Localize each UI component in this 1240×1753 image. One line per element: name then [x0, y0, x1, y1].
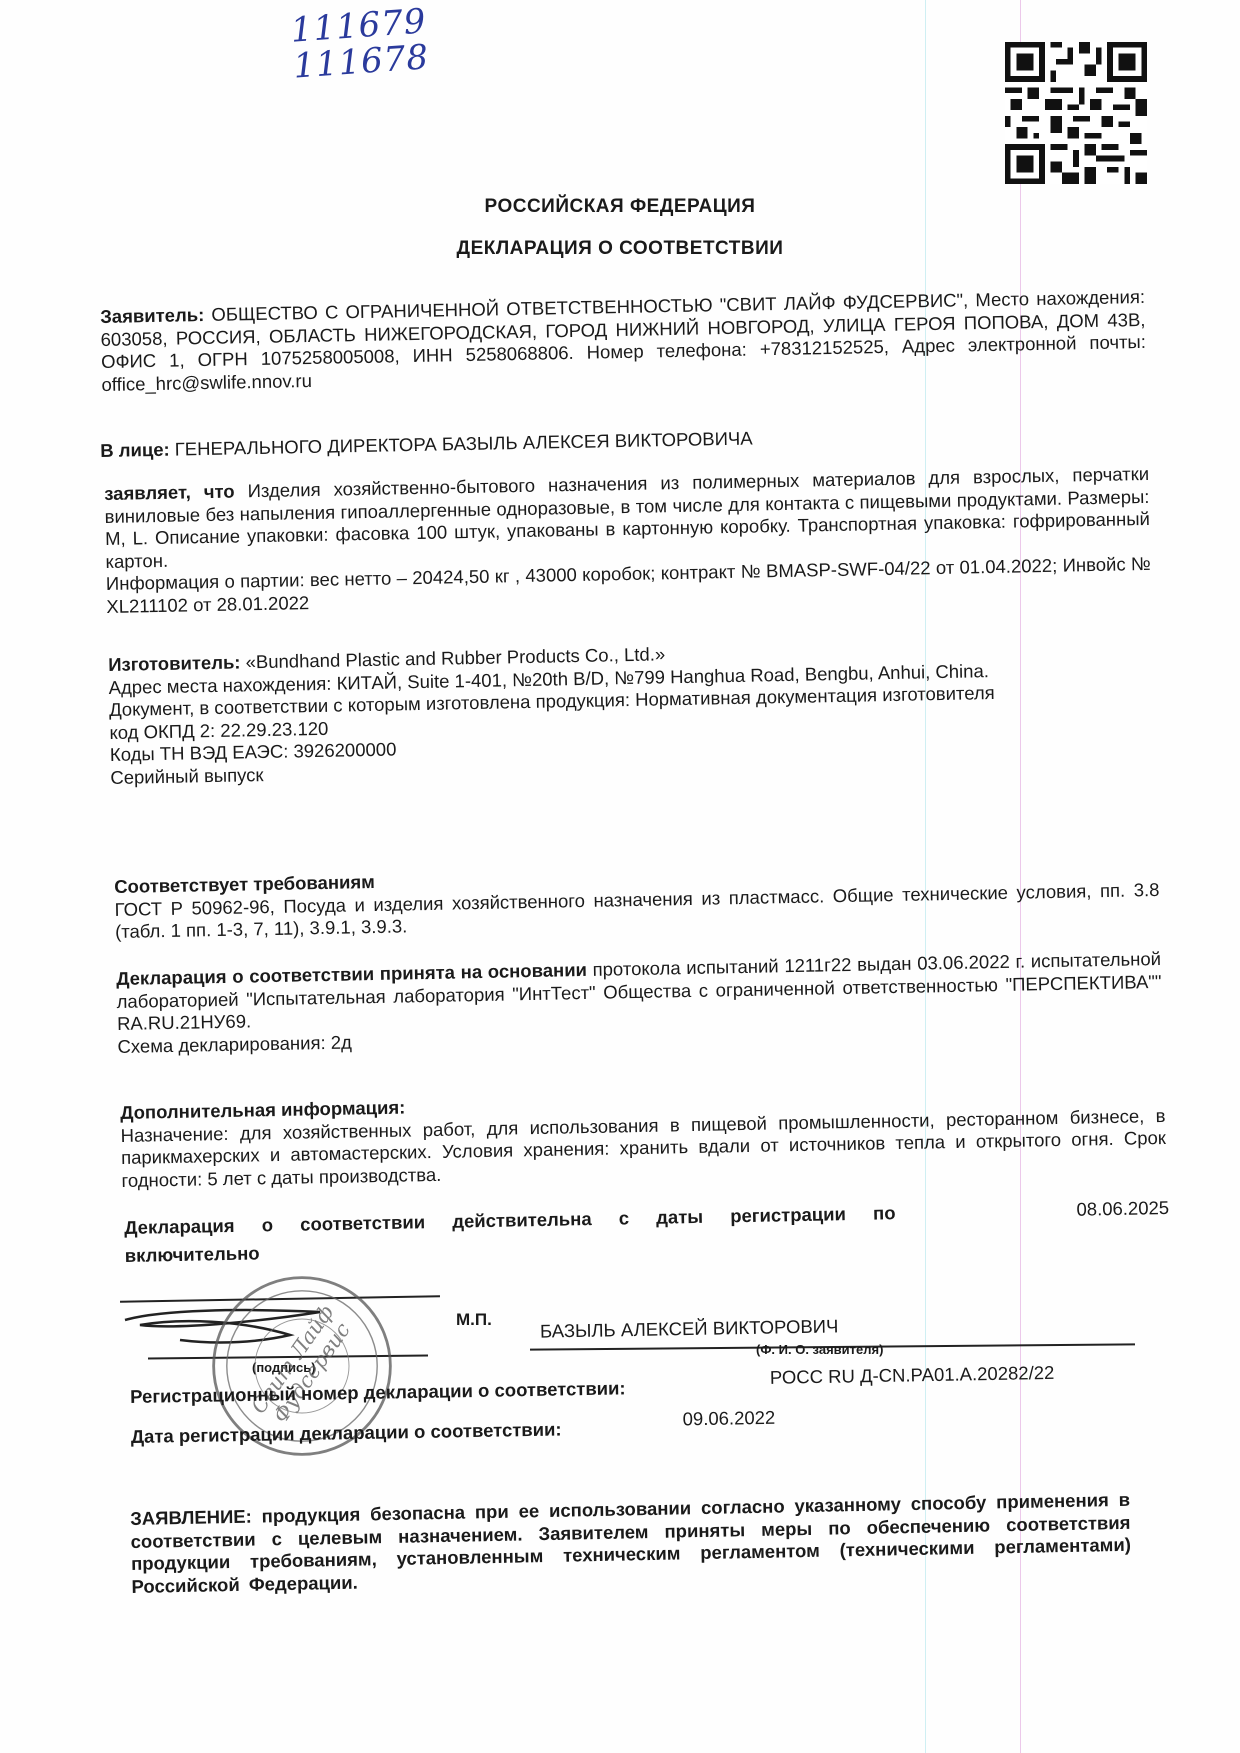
document-title: ДЕКЛАРАЦИЯ О СООТВЕТСТВИИ: [0, 238, 1240, 260]
validity-section: Декларация о соответствии действительна …: [124, 1194, 1170, 1270]
requirements-section: Соответствует требованиям ГОСТ Р 50962-9…: [114, 856, 1160, 944]
batch-info: Информация о партии: вес нетто – 20424,5…: [106, 553, 1152, 618]
signer-name: БАЗЫЛЬ АЛЕКСЕЙ ВИКТОРОВИЧ: [540, 1315, 839, 1342]
validity-date: 08.06.2025: [1076, 1194, 1169, 1224]
handwritten-number: 111678: [292, 39, 430, 84]
handwritten-numbers: 111679 111678: [290, 3, 430, 84]
represented-by-text: ГЕНЕРАЛЬНОГО ДИРЕКТОРА БАЗЫЛЬ АЛЕКСЕЯ ВИ…: [175, 427, 753, 459]
represented-by-section: В лице: ГЕНЕРАЛЬНОГО ДИРЕКТОРА БАЗЫЛЬ АЛ…: [100, 420, 1145, 463]
applicant-section: Заявитель: ОБЩЕСТВО С ОГРАНИЧЕННОЙ ОТВЕТ…: [100, 286, 1147, 396]
additional-info-section: Дополнительная информация: Назначение: д…: [120, 1082, 1167, 1192]
applicant-label: Заявитель:: [100, 304, 204, 327]
qr-code-icon: [1005, 42, 1147, 184]
stamp-place-label: М.П.: [456, 1310, 492, 1330]
declaration-scheme: Схема декларирования: 2д: [117, 1015, 1162, 1058]
registration-date-label: Дата регистрации декларации о соответств…: [131, 1415, 771, 1448]
applicant-text: ОБЩЕСТВО С ОГРАНИЧЕННОЙ ОТВЕТСТВЕННОСТЬЮ…: [100, 286, 1146, 395]
statement-label: ЗАЯВЛЕНИЕ:: [130, 1506, 252, 1529]
manufacturer-label: Изготовитель:: [108, 651, 241, 675]
manufacturer-section: Изготовитель: «Bundhand Plastic and Rubb…: [108, 634, 1155, 789]
document-page: 111679 111678 РОССИЙСКАЯ ФЕДЕРАЦИЯ ДЕКЛА…: [0, 0, 1240, 1753]
declares-section: заявляет, что Изделия хозяйственно-бытов…: [104, 463, 1151, 618]
basis-section: Декларация о соответствии принята на осн…: [116, 948, 1163, 1058]
declares-label: заявляет, что: [104, 480, 235, 504]
registration-date: 09.06.2022: [682, 1407, 775, 1439]
statement-section: ЗАЯВЛЕНИЕ: продукция безопасна при ее ис…: [130, 1489, 1132, 1598]
represented-by-label: В лице:: [100, 439, 170, 461]
signer-caption: (Ф. И. О. заявителя): [756, 1342, 883, 1357]
statement-text: продукция безопасна при ее использовании…: [130, 1489, 1131, 1597]
country-title: РОССИЙСКАЯ ФЕДЕРАЦИЯ: [0, 196, 1240, 218]
registration-number: РОСС RU Д-CN.РА01.А.20282/22: [770, 1362, 1055, 1397]
